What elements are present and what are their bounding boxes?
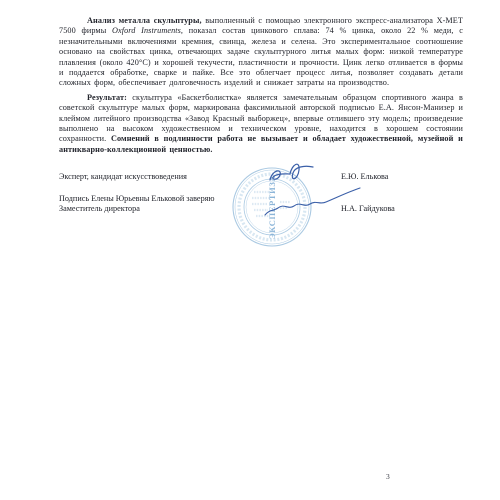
document-page: Анализ металла скульптуры, выполненный с… <box>0 0 500 500</box>
deputy-title: Заместитель директора <box>59 204 140 213</box>
result-label-bold: Результат: <box>87 93 127 102</box>
paragraph-result: Результат: скульптура «Баскетболистка» я… <box>59 93 463 155</box>
brand-name-italic: Oxford Instruments <box>112 26 181 35</box>
paragraph-lead-bold: Анализ металла скульптуры, <box>87 16 202 25</box>
paragraph-metal-analysis: Анализ металла скульптуры, выполненный с… <box>59 16 463 89</box>
expert-title: Эксперт, кандидат искусствоведения <box>59 172 187 181</box>
certify-row: Подпись Елены Юрьевны Ельковой заверяю <box>59 194 463 204</box>
expert-signature-row: Эксперт, кандидат искусствоведения Е.Ю. … <box>59 172 463 182</box>
conclusion-bold: Сомнений в подлинности работа не вызывае… <box>59 134 463 153</box>
deputy-name: Н.А. Гайдукова <box>341 204 395 214</box>
deputy-signature-row: Заместитель директора Н.А. Гайдукова <box>59 204 463 214</box>
certify-text: Подпись Елены Юрьевны Ельковой заверяю <box>59 194 215 203</box>
document-body: Анализ металла скульптуры, выполненный с… <box>59 16 463 155</box>
page-number: 3 <box>386 472 390 481</box>
paragraph-text: , показал состав цинкового сплава: 74 % … <box>59 26 463 87</box>
expert-name: Е.Ю. Елькова <box>341 172 388 182</box>
